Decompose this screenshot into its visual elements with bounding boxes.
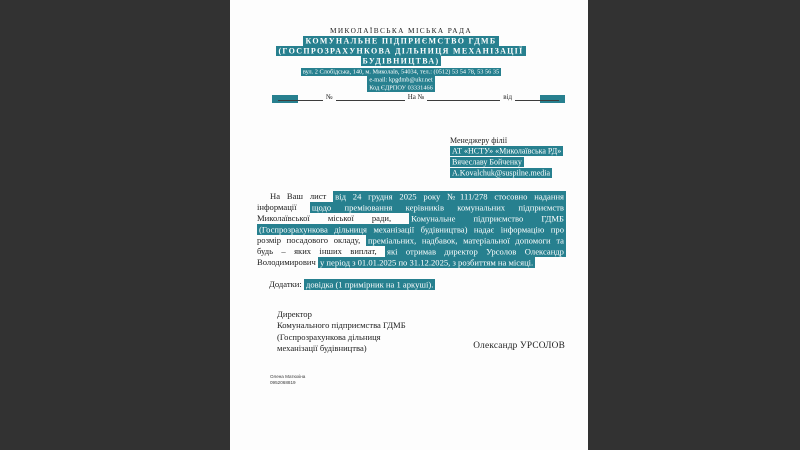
highlighted-text-run: A.Kovalchuk@suspilne.media <box>450 168 552 178</box>
text-run: Миколаївської міської ради, <box>257 213 409 223</box>
org-edrpou-line: Код ЄДРПОУ 03331466 <box>236 84 566 92</box>
recipient-email-line: A.Kovalchuk@suspilne.media <box>450 168 563 179</box>
document-page: МИКОЛАЇВСЬКА МІСЬКА РАДА КОМУНАЛЬНЕ ПІДП… <box>230 0 588 450</box>
body-paragraph: На Ваш лист від 24 грудня 2025 року №111… <box>257 191 566 268</box>
highlighted-text-run: АТ «НСТУ» «Миколаївська РД» <box>450 146 563 156</box>
org-email-line: e-mail: kpgdmb@ukr.net <box>236 76 566 84</box>
ref-from-label: від <box>503 93 512 102</box>
attachments-line: Додатки: довідка (1 примірник на 1 аркуш… <box>269 279 435 290</box>
highlighted-text-run: щодо преміювання керівників комунальних … <box>310 202 566 213</box>
recipient-block: Менеджеру філії АТ «НСТУ» «Миколаївська … <box>450 136 563 179</box>
executor-phone: 0952068819 <box>270 380 305 386</box>
body-line-3: Миколаївської міської ради, Комунальне п… <box>257 213 566 224</box>
org-address-line: вул. 2 Слобідська, 140, м. Миколаїв, 540… <box>236 68 566 76</box>
signatory-name: Олександр УРСОЛОВ <box>230 341 565 351</box>
highlighted-text-run: вул. 2 Слобідська, 140, м. Миколаїв, 540… <box>301 68 501 76</box>
highlighted-text-run: КОМУНАЛЬНЕ ПІДПРИЄМСТВО ГДМБ <box>303 36 498 46</box>
highlighted-text-run: БУДІВНИЦТВА) <box>361 56 442 66</box>
highlighted-text-run: від 24 грудня 2025 року №111/278 стосовн… <box>333 191 566 202</box>
highlighted-text-run: (ГОСПРОЗРАХУНКОВА ДІЛЬНИЦЯ МЕХАНІЗАЦІЇ <box>276 46 525 56</box>
ref-underline-2 <box>336 98 405 101</box>
text-run: будь – яких інших виплат, <box>257 246 385 256</box>
highlighted-text-run: у період з 01.01.2025 по 31.12.2025, з р… <box>318 257 535 268</box>
signature-title-line: Директор <box>277 309 406 320</box>
text-run: МИКОЛАЇВСЬКА МІСЬКА РАДА <box>330 26 472 35</box>
highlighted-text-run: e-mail: kpgdmb@ukr.net <box>367 76 434 84</box>
org-name-line-1: МИКОЛАЇВСЬКА МІСЬКА РАДА <box>236 26 566 36</box>
highlighted-text-run: (Госпрозрахункова дільниця механізації б… <box>257 224 566 235</box>
text-run: На Ваш лист <box>270 191 333 201</box>
body-line-5: розмір посадового окладу, преміальних, н… <box>257 235 566 246</box>
viewer-backdrop: МИКОЛАЇВСЬКА МІСЬКА РАДА КОМУНАЛЬНЕ ПІДП… <box>0 0 800 450</box>
body-line-2: інформації щодо преміювання керівників к… <box>257 202 566 213</box>
org-name-line-4: БУДІВНИЦТВА) <box>236 56 566 66</box>
org-name-line-2: КОМУНАЛЬНЕ ПІДПРИЄМСТВО ГДМБ <box>236 36 566 46</box>
ref-underline-1 <box>278 98 323 101</box>
ref-underline-4 <box>515 98 559 101</box>
text-run: інформації <box>257 202 310 212</box>
highlighted-text-run: Вячеславу Бойченку <box>450 157 524 167</box>
ref-underline-3 <box>427 98 500 101</box>
highlighted-text-run: преміальних, надбавок, матеріальної допо… <box>366 235 566 246</box>
letterhead: МИКОЛАЇВСЬКА МІСЬКА РАДА КОМУНАЛЬНЕ ПІДП… <box>236 26 566 92</box>
text-run: Додатки: <box>269 279 304 289</box>
recipient-position-line: Менеджеру філії <box>450 136 563 147</box>
body-line-6: будь – яких інших виплат, які отримав ди… <box>257 246 566 257</box>
recipient-company-line: АТ «НСТУ» «Миколаївська РД» <box>450 147 563 158</box>
body-line-1: На Ваш лист від 24 грудня 2025 року №111… <box>257 191 566 202</box>
org-name-line-3: (ГОСПРОЗРАХУНКОВА ДІЛЬНИЦЯ МЕХАНІЗАЦІЇ <box>236 46 566 56</box>
text-run: Менеджеру філії <box>450 136 507 145</box>
executor-note: Олена Матюхіна 0952068819 <box>270 374 305 386</box>
reference-line: № На № від <box>278 92 566 102</box>
highlighted-text-run: Код ЄДРПОУ 03331466 <box>367 84 435 92</box>
ref-no-label: № <box>326 93 333 102</box>
highlighted-text-run: Комунальне підприємство ГДМБ <box>409 213 566 224</box>
signature-company-line-1: Комунального підприємства ГДМБ <box>277 320 406 331</box>
body-line-4: (Госпрозрахункова дільниця механізації б… <box>257 224 566 235</box>
body-line-7: Володимирович у період з 01.01.2025 по 3… <box>257 257 566 268</box>
highlighted-text-run: довідка (1 примірник на 1 аркуші). <box>304 279 435 290</box>
ref-on-no-label: На № <box>408 93 425 102</box>
highlighted-text-run: які отримав директор Урсолов Олександр <box>385 246 566 257</box>
text-run: Володимирович <box>257 257 318 267</box>
recipient-person-line: Вячеславу Бойченку <box>450 157 563 168</box>
text-run: розмір посадового окладу, <box>257 235 366 245</box>
executor-name: Олена Матюхіна <box>270 374 305 380</box>
